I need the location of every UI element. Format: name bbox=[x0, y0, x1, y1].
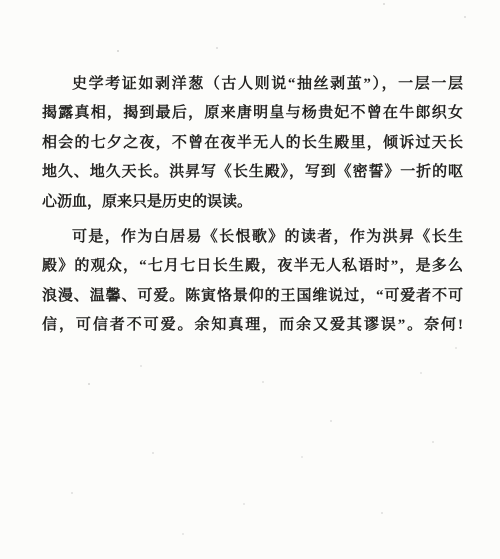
scan-noise-specks bbox=[0, 0, 2, 2]
text-line: 揭露真相，揭到最后，原来唐明皇与杨贵妃不曾在牛郎织女 bbox=[42, 99, 463, 128]
text-line: 地久、地久天长。洪昇写《长生殿》，写到《密誓》一折的呕 bbox=[42, 158, 463, 187]
text-line: 可是，作为白居易《长恨歌》的读者，作为洪昇《长生 bbox=[42, 223, 463, 252]
text-line: 心沥血，原来只是历史的误读。 bbox=[42, 188, 463, 217]
text-line: 信，可信者不可爱。余知真理，而余又爱其谬误”。奈何! bbox=[42, 311, 463, 340]
text-block: 史学考证如剥洋葱（古人则说“抽丝剥茧”），一层一层 揭露真相，揭到最后，原来唐明… bbox=[42, 70, 463, 341]
book-page: 史学考证如剥洋葱（古人则说“抽丝剥茧”），一层一层 揭露真相，揭到最后，原来唐明… bbox=[0, 0, 500, 559]
text-line: 浪漫、温馨、可爱。陈寅恪景仰的王国维说过，“可爱者不可 bbox=[42, 282, 463, 311]
text-line: 史学考证如剥洋葱（古人则说“抽丝剥茧”），一层一层 bbox=[42, 70, 463, 99]
text-line: 殿》的观众，“七月七日长生殿，夜半无人私语时”，是多么 bbox=[42, 252, 463, 281]
text-line: 相会的七夕之夜，不曾在夜半无人的长生殿里，倾诉过天长 bbox=[42, 129, 463, 158]
